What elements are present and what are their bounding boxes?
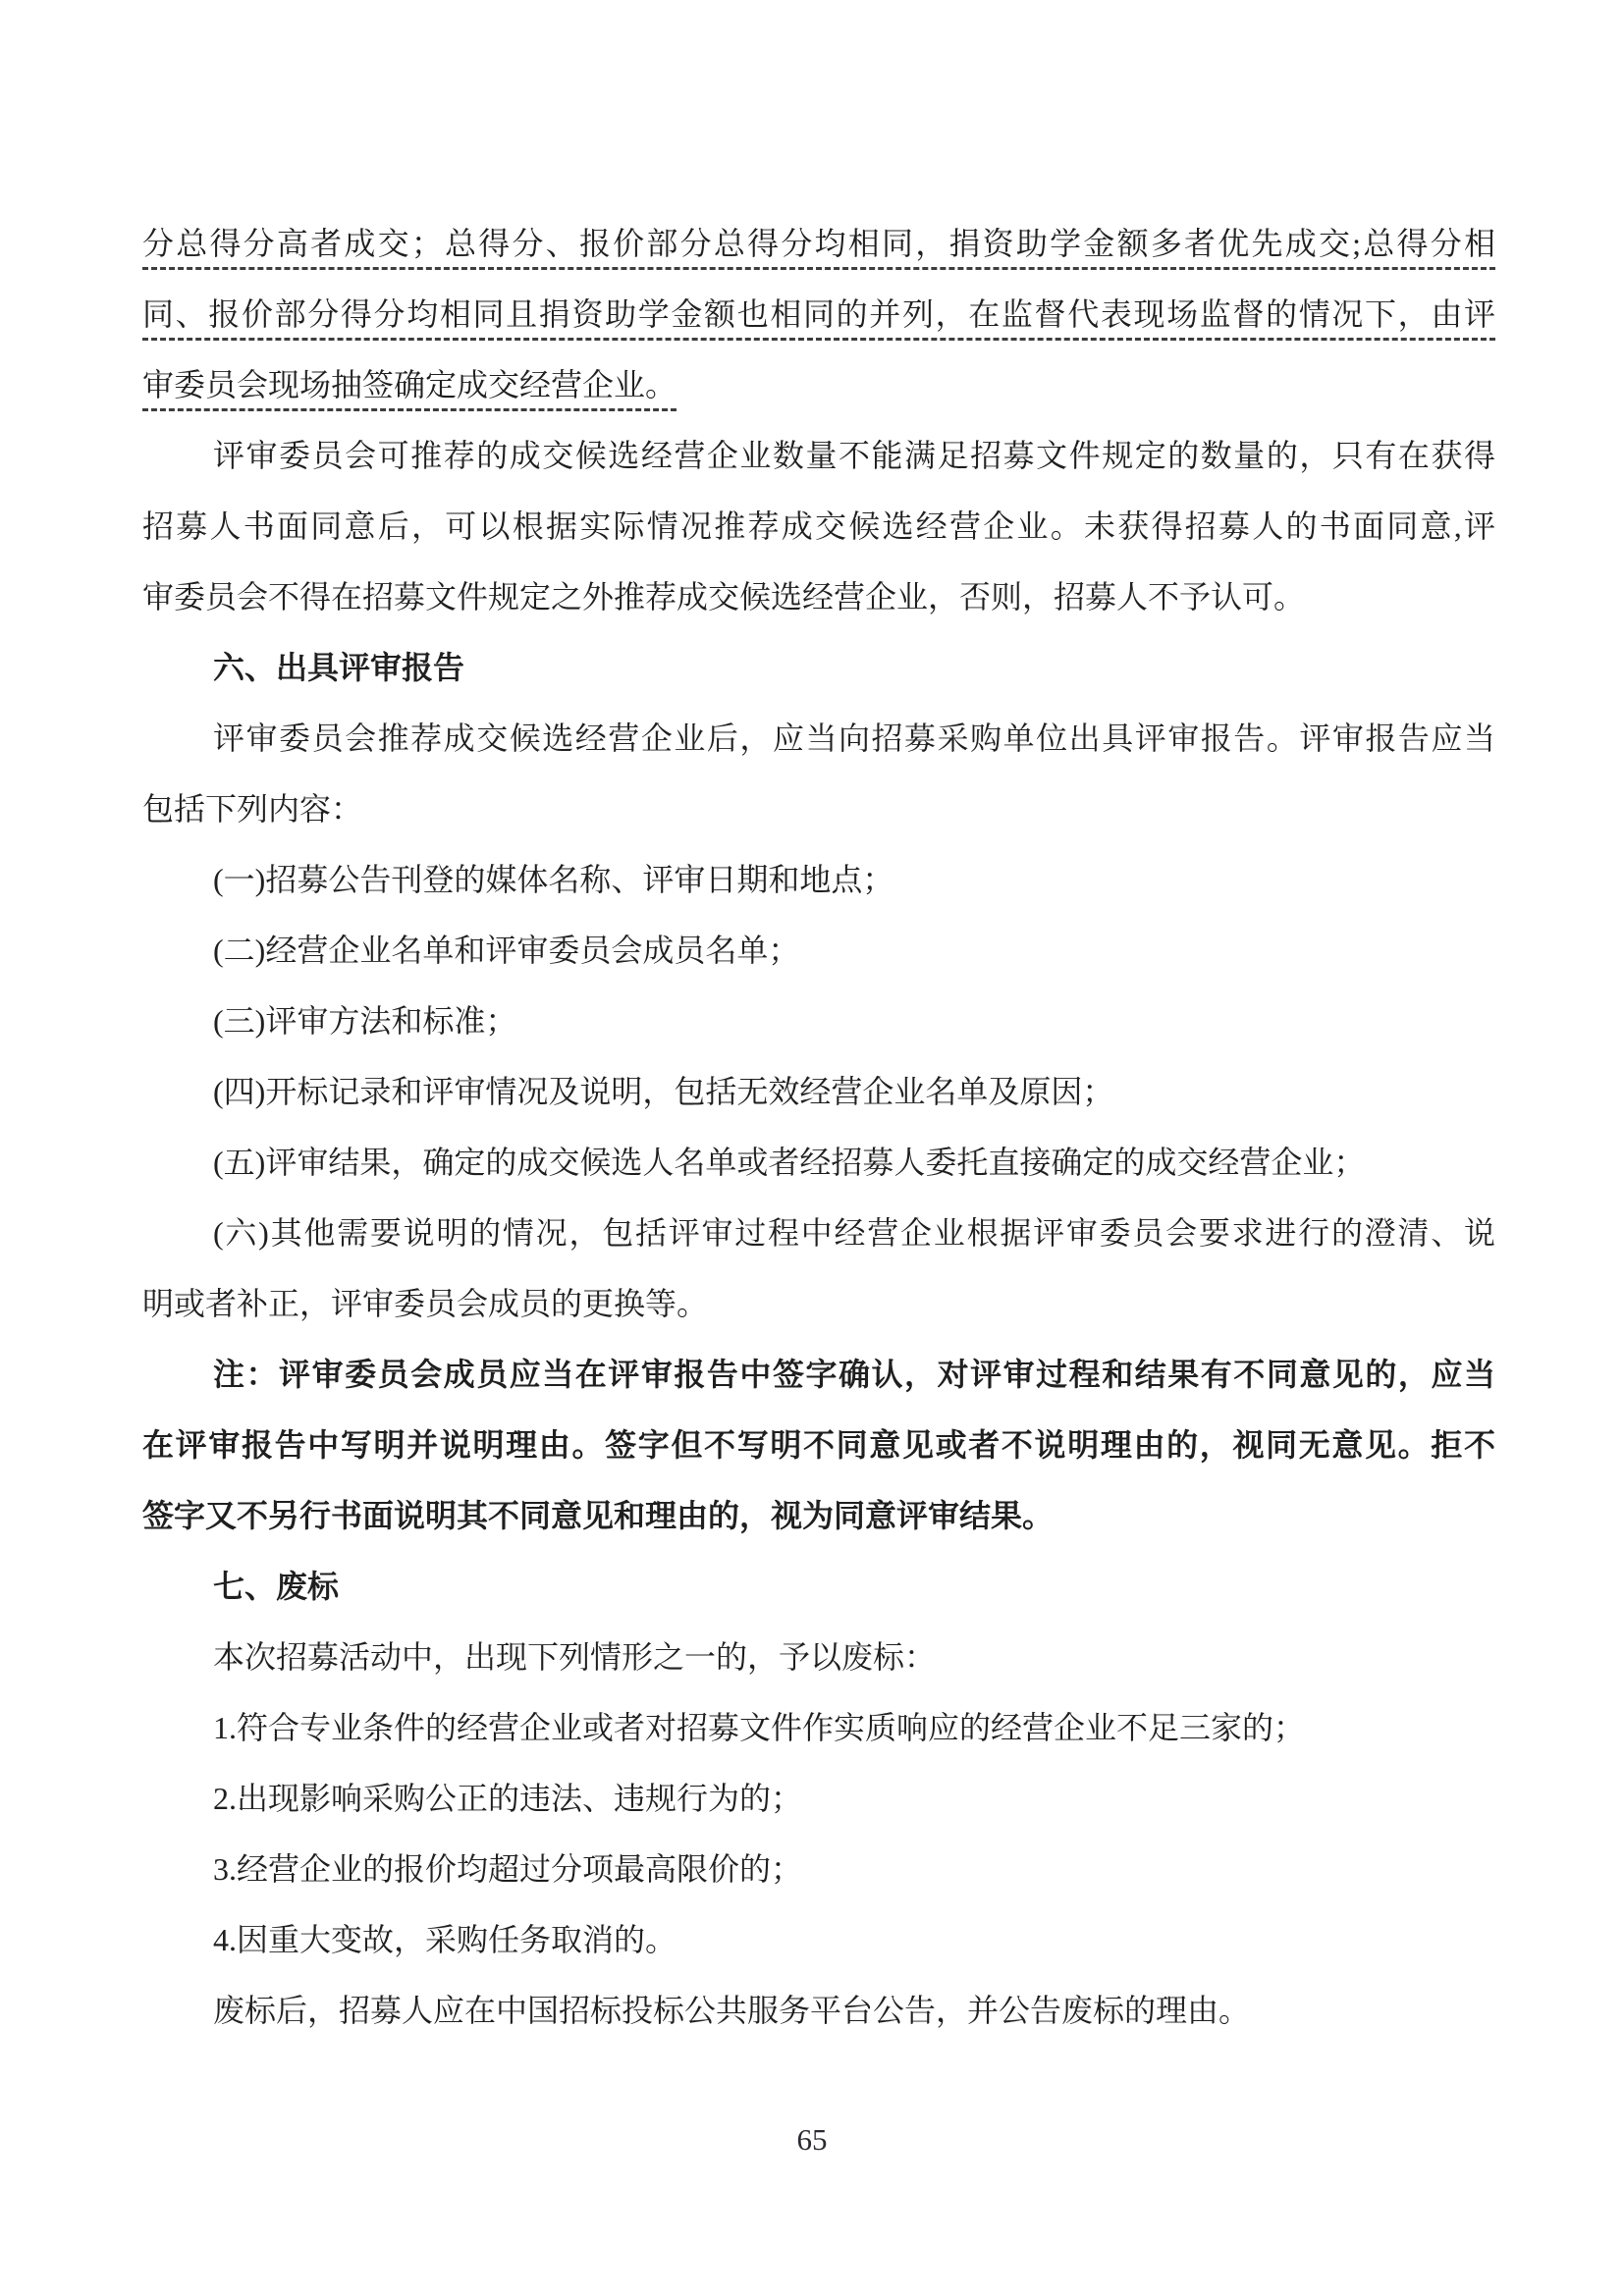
text-line-content: 注：评审委员会成员应当在评审报告中签字确认，对评审过程和结果有不同意见的，应当 — [213, 1357, 1495, 1392]
text-line: 审委员会现场抽签确定成交经营企业。 — [142, 349, 1495, 420]
text-line: 同、报价部分得分均相同且捐资助学金额也相同的并列，在监督代表现场监督的情况下，由… — [142, 279, 1495, 349]
text-line-content: (二)经营企业名单和评审委员会成员名单； — [213, 933, 799, 968]
text-line-content: (一)招募公告刊登的媒体名称、评审日期和地点； — [213, 862, 893, 897]
text-line-content: 包括下列内容： — [142, 791, 362, 827]
text-line: (三)评审方法和标准； — [142, 986, 1495, 1056]
text-line: (四)开标记录和评审情况及说明，包括无效经营企业名单及原因； — [142, 1056, 1495, 1127]
text-line-content: 评审委员会推荐成交候选经营企业后，应当向招募采购单位出具评审报告。评审报告应当 — [213, 721, 1495, 756]
text-line: 注：评审委员会成员应当在评审报告中签字确认，对评审过程和结果有不同意见的，应当 — [142, 1339, 1495, 1410]
text-line: 在评审报告中写明并说明理由。签字但不写明不同意见或者不说明理由的，视同无意见。拒… — [142, 1410, 1495, 1480]
text-line-content: 签字又不另行书面说明其不同意见和理由的，视为同意评审结果。 — [142, 1498, 1054, 1533]
text-line: 评审委员会推荐成交候选经营企业后，应当向招募采购单位出具评审报告。评审报告应当 — [142, 703, 1495, 774]
text-line: 2.出现影响采购公正的违法、违规行为的； — [142, 1763, 1495, 1834]
text-line-content: 分总得分高者成交；总得分、报价部分总得分均相同，捐资助学金额多者优先成交;总得分… — [142, 226, 1495, 270]
text-line: 招募人书面同意后，可以根据实际情况推荐成交候选经营企业。未获得招募人的书面同意,… — [142, 491, 1495, 561]
text-line: 废标后，招募人应在中国招标投标公共服务平台公告，并公告废标的理由。 — [142, 1975, 1495, 2046]
text-line-content: 在评审报告中写明并说明理由。签字但不写明不同意见或者不说明理由的，视同无意见。拒… — [142, 1427, 1495, 1463]
page-number: 65 — [0, 2120, 1624, 2160]
text-line-content: 4.因重大变故，采购任务取消的。 — [213, 1922, 677, 1957]
text-line-content: 审委员会现场抽签确定成交经营企业。 — [142, 367, 677, 411]
text-line: 本次招募活动中，出现下列情形之一的，予以废标： — [142, 1622, 1495, 1692]
text-line: 评审委员会可推荐的成交候选经营企业数量不能满足招募文件规定的数量的，只有在获得 — [142, 420, 1495, 491]
text-line: 审委员会不得在招募文件规定之外推荐成交候选经营企业，否则，招募人不予认可。 — [142, 561, 1495, 632]
text-line: 分总得分高者成交；总得分、报价部分总得分均相同，捐资助学金额多者优先成交;总得分… — [142, 208, 1495, 279]
text-line-content: 审委员会不得在招募文件规定之外推荐成交候选经营企业，否则，招募人不予认可。 — [142, 579, 1305, 614]
text-line: 1.符合专业条件的经营企业或者对招募文件作实质响应的经营企业不足三家的； — [142, 1692, 1495, 1763]
text-line: 包括下列内容： — [142, 774, 1495, 844]
text-line: 4.因重大变故，采购任务取消的。 — [142, 1904, 1495, 1975]
text-line-content: 同、报价部分得分均相同且捐资助学金额也相同的并列，在监督代表现场监督的情况下，由… — [142, 296, 1495, 341]
text-line-content: 评审委员会可推荐的成交候选经营企业数量不能满足招募文件规定的数量的，只有在获得 — [213, 438, 1495, 473]
text-line: 签字又不另行书面说明其不同意见和理由的，视为同意评审结果。 — [142, 1480, 1495, 1551]
text-line-content: 六、出具评审报告 — [213, 650, 464, 685]
text-line: (六)其他需要说明的情况，包括评审过程中经营企业根据评审委员会要求进行的澄清、说 — [142, 1198, 1495, 1268]
text-line-content: 本次招募活动中，出现下列情形之一的，予以废标： — [213, 1639, 936, 1675]
document-body: 分总得分高者成交；总得分、报价部分总得分均相同，捐资助学金额多者优先成交;总得分… — [142, 208, 1495, 2046]
text-line: (一)招募公告刊登的媒体名称、评审日期和地点； — [142, 844, 1495, 915]
text-line: (五)评审结果，确定的成交候选人名单或者经招募人委托直接确定的成交经营企业； — [142, 1127, 1495, 1198]
text-line-content: 废标后，招募人应在中国招标投标公共服务平台公告，并公告废标的理由。 — [213, 1993, 1250, 2028]
text-line: 六、出具评审报告 — [142, 632, 1495, 703]
text-line-content: 1.符合专业条件的经营企业或者对招募文件作实质响应的经营企业不足三家的； — [213, 1710, 1305, 1745]
text-line-content: 招募人书面同意后，可以根据实际情况推荐成交候选经营企业。未获得招募人的书面同意,… — [142, 508, 1495, 544]
text-line: 3.经营企业的报价均超过分项最高限价的； — [142, 1834, 1495, 1904]
text-line: 明或者补正，评审委员会成员的更换等。 — [142, 1268, 1495, 1339]
text-line-content: (四)开标记录和评审情况及说明，包括无效经营企业名单及原因； — [213, 1074, 1113, 1109]
text-line-content: (六)其他需要说明的情况，包括评审过程中经营企业根据评审委员会要求进行的澄清、说 — [213, 1215, 1495, 1251]
text-line-content: (五)评审结果，确定的成交候选人名单或者经招募人委托直接确定的成交经营企业； — [213, 1145, 1365, 1180]
text-line-content: 2.出现影响采购公正的违法、违规行为的； — [213, 1781, 802, 1816]
text-line-content: 明或者补正，评审委员会成员的更换等。 — [142, 1286, 708, 1321]
text-line: 七、废标 — [142, 1551, 1495, 1622]
text-line-content: 3.经营企业的报价均超过分项最高限价的； — [213, 1851, 802, 1887]
text-line-content: 七、废标 — [213, 1569, 339, 1604]
text-line-content: (三)评审方法和标准； — [213, 1003, 516, 1039]
document-page: 分总得分高者成交；总得分、报价部分总得分均相同，捐资助学金额多者优先成交;总得分… — [0, 0, 1624, 2296]
text-line: (二)经营企业名单和评审委员会成员名单； — [142, 915, 1495, 986]
